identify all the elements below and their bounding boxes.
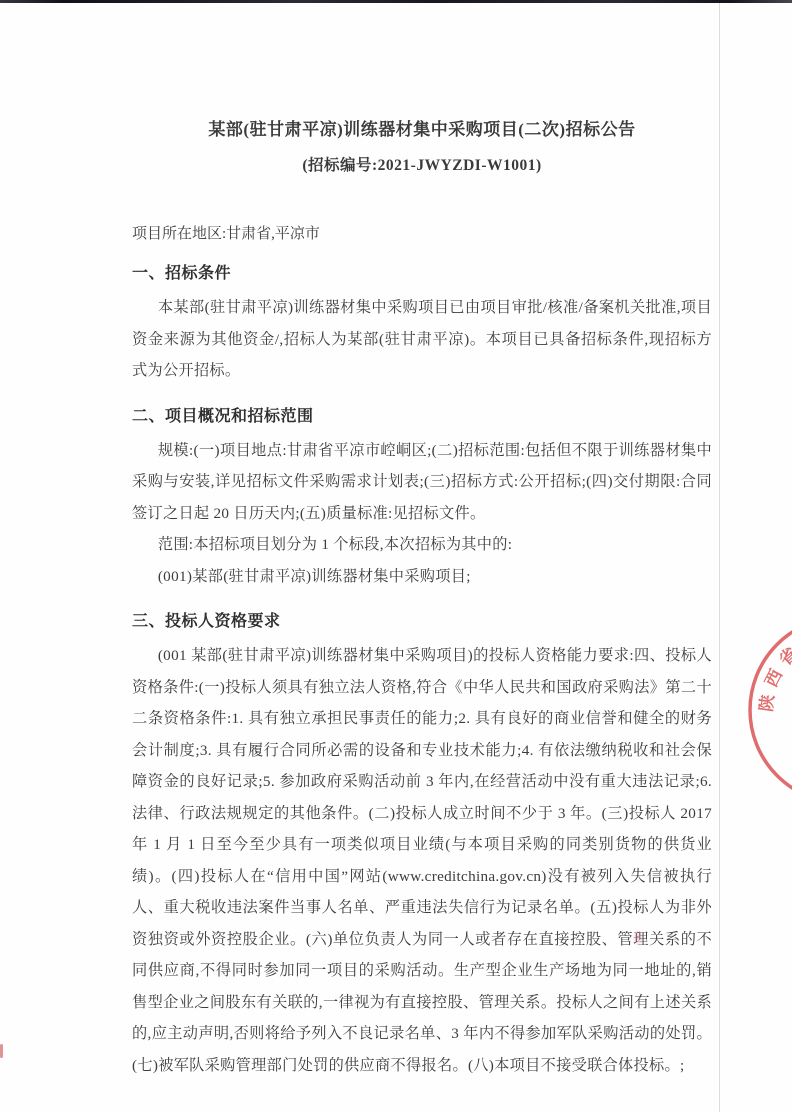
scanned-document-page: 某部(驻甘肃平凉)训练器材集中采购项目(二次)招标公告 (招标编号:2021-J… — [0, 0, 792, 1112]
project-location-line: 项目所在地区:甘肃省,平凉市 — [132, 224, 712, 244]
section-paragraph: 规模:(一)项目地点:甘肃省平凉市崆峒区;(二)招标范围:包括但不限于训练器材集… — [132, 435, 712, 530]
seal-province-text: 陕西省 — [756, 639, 792, 713]
section-heading-bidding-conditions: 一、招标条件 — [132, 259, 712, 289]
official-red-seal: 陕西省 6101019 — [748, 612, 792, 812]
section-paragraph: 范围:本招标项目划分为 1 个标段,本次招标为其中的: — [132, 529, 712, 561]
paper-right-edge-line — [719, 3, 720, 1112]
tender-number-line: (招标编号:2021-JWYZDI-W1001) — [132, 153, 712, 175]
scan-artifact-speck — [0, 1044, 3, 1058]
section-heading-project-overview: 二、项目概况和招标范围 — [132, 402, 712, 432]
section-heading-bidder-qualifications: 三、投标人资格要求 — [132, 607, 712, 637]
document-body: 某部(驻甘肃平凉)训练器材集中采购项目(二次)招标公告 (招标编号:2021-J… — [132, 0, 712, 1081]
section-paragraph: (001)某部(驻甘肃平凉)训练器材集中采购项目; — [132, 561, 712, 593]
seal-outer-ring — [750, 617, 792, 803]
svg-text:陕西省: 陕西省 — [756, 639, 792, 713]
section-paragraph: (001 某部(驻甘肃平凉)训练器材集中采购项目)的投标人资格能力要求:四、投标… — [132, 640, 712, 1081]
section-paragraph: 本某部(驻甘肃平凉)训练器材集中采购项目已由项目审批/核准/备案机关批准,项目资… — [132, 292, 712, 387]
document-title: 某部(驻甘肃平凉)训练器材集中采购项目(二次)招标公告 — [132, 118, 712, 141]
ink-smudge-mark — [632, 929, 644, 947]
